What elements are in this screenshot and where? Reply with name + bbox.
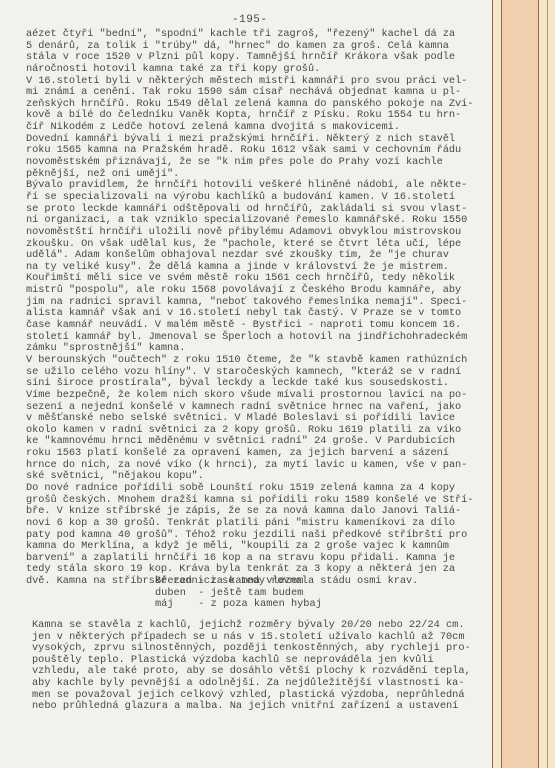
binding-margin [492,0,555,768]
text-line: Kamna se stavěla z kachlů, jejichž rozmě… [32,620,497,632]
text-line: roku 1563 platí konšelé za opravení kame… [26,448,496,460]
folk-rhyme: Březen - za kamna vlezemduben - ještě ta… [155,576,322,611]
text-line: aézet čtyři "bední", "spodní" kachle tři… [26,29,496,41]
text-line: novi 6 kop a 30 grošů. Tenkrát platili p… [26,518,496,530]
text-line: náročnosti hotovil kamna také za tři kop… [26,64,496,76]
rhyme-line: máj - z poza kamen hybaj [155,599,322,611]
binding-strip [501,0,539,768]
page-number: -195- [232,14,268,26]
text-line: nebo průhledná glazura a malba. Na jejic… [32,701,497,713]
text-line: čase kamnář neuvádí. V malém městě - Bys… [26,320,496,332]
text-line: V berounských "oučtech" z roku 1510 čtem… [26,355,496,367]
text-line: Do nové radnice pořídili sobě Lounští ro… [26,483,496,495]
text-line: novoměstském přiznávají, že se "k nim př… [26,157,496,169]
paragraph-main: aézet čtyři "bední", "spodní" kachle tři… [26,29,496,588]
rhyme-line: Březen - za kamna vlezem [155,576,322,588]
text-line: ří se specializovali na výrobu kachlíků … [26,192,496,204]
text-line: Víme bezpečně, že kolem nich skoro všude… [26,390,496,402]
paragraph-tiles: Kamna se stavěla z kachlů, jejichž rozmě… [32,620,497,713]
text-line: novoměstští hrnčíři uložili nově přibylé… [26,227,496,239]
text-line: aby kachle byly pevnější a odolnější. Za… [32,678,497,690]
text-line: mistrů "pospolu", ale roku 1568 povoláva… [26,285,496,297]
document-page: -195- aézet čtyři "bední", "spodní" kach… [0,0,555,768]
binding-rule-right [547,0,548,768]
